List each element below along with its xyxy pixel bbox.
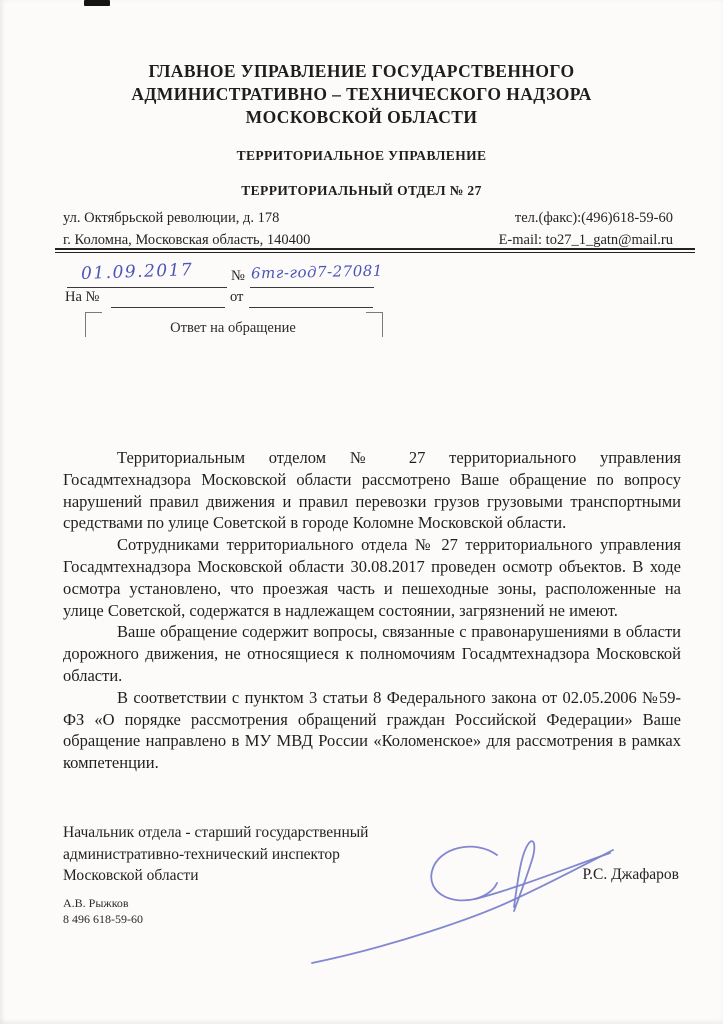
incoming-date-underline [249,307,373,308]
number-label: № [231,268,245,285]
letter-subject: Ответ на обращение [100,320,366,337]
territorial-directorate-heading: ТЕРРИТОРИАЛЬНОЕ УПРАВЛЕНИЕ [40,148,683,164]
body-paragraph-1: Территориальным отделом № 27 территориал… [63,447,681,534]
reference-block: 01.09.2017 № 6тг-год7-27081 На № от [65,260,395,310]
letterhead-divider-rule [55,248,695,253]
territorial-department-heading: ТЕРРИТОРИАЛЬНЫЙ ОТДЕЛ № 27 [40,183,683,199]
sender-address: ул. Октябрьской революции, д. 178 г. Кол… [63,207,310,251]
scan-artifact-mark [84,0,110,6]
date-underline [67,287,227,288]
body-paragraph-2: Сотрудниками территориального отдела № 2… [63,534,681,621]
org-line-1: ГЛАВНОЕ УПРАВЛЕНИЕ ГОСУДАРСТВЕННОГО [40,60,683,83]
executor-info: А.В. Рыжков 8 496 618-59-60 [63,896,143,927]
org-line-2: АДМИНИСТРАТИВНО – ТЕХНИЧЕСКОГО НАДЗОРА [40,83,683,106]
addressee-corner-bracket-right [366,312,383,337]
executor-name: А.В. Рыжков [63,896,143,912]
incoming-number-underline [111,307,225,308]
handwritten-date: 01.09.2017 [81,260,194,284]
handwritten-outgoing-number: 6тг-год7-27081 [251,262,383,283]
scanned-letter-page: ГЛАВНОЕ УПРАВЛЕНИЕ ГОСУДАРСТВЕННОГО АДМИ… [0,0,723,1024]
address-street: ул. Октябрьской революции, д. 178 [63,207,310,229]
body-paragraph-3: Ваше обращение содержит вопросы, связанн… [63,621,681,686]
signer-name: Р.С. Джафаров [582,866,679,884]
phone-fax: тел.(факс):(496)618-59-60 [499,207,673,229]
letter-body: Территориальным отделом № 27 территориал… [63,447,681,774]
incoming-number-label: На № [65,289,99,306]
org-line-3: МОСКОВСКОЙ ОБЛАСТИ [40,106,683,129]
incoming-date-label: от [230,289,243,306]
handwritten-signature [270,833,630,979]
executor-phone: 8 496 618-59-60 [63,912,143,928]
body-paragraph-4: В соответствии с пунктом 3 статьи 8 Феде… [63,687,681,774]
number-underline [250,287,374,288]
sender-contacts: тел.(факс):(496)618-59-60 E-mail: to27_1… [499,207,673,251]
organization-name: ГЛАВНОЕ УПРАВЛЕНИЕ ГОСУДАРСТВЕННОГО АДМИ… [40,60,683,129]
